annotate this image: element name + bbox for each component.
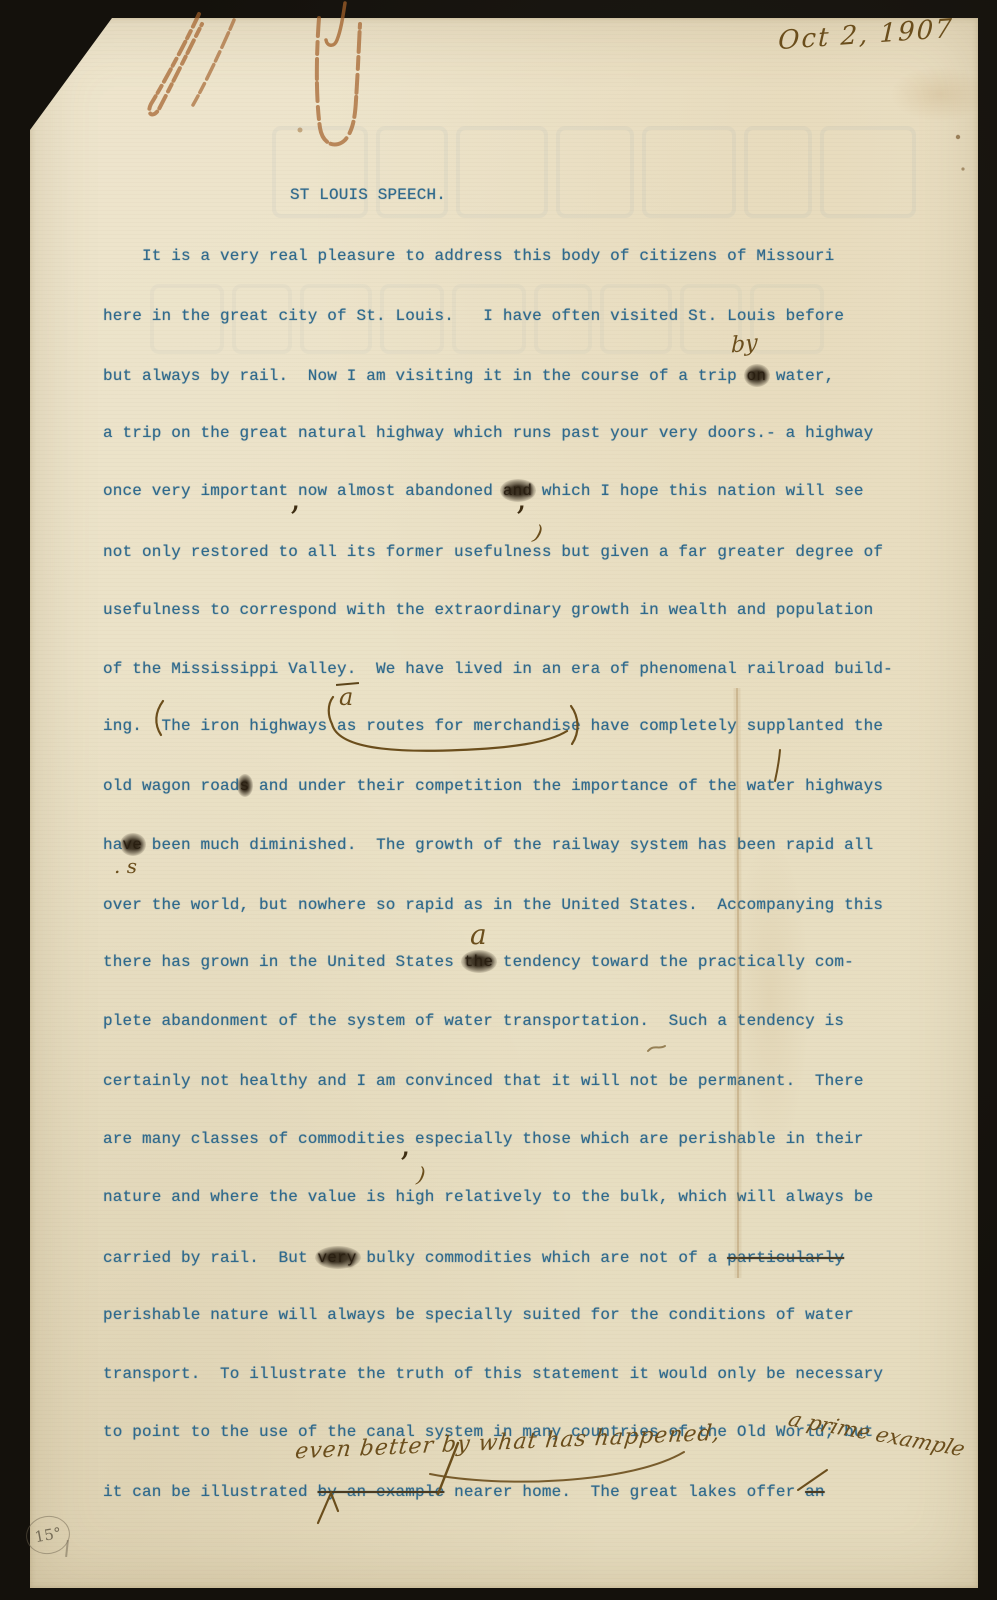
typed-text: nature and where the value is high relat… bbox=[103, 1188, 873, 1206]
handwritten-insert-a: a bbox=[470, 918, 487, 951]
handwritten-s-under-has: . s bbox=[114, 854, 137, 878]
typed-text-struck: by an example bbox=[318, 1483, 445, 1501]
show-through-ghost-letter bbox=[456, 126, 548, 218]
show-through-ghost-letter bbox=[820, 126, 916, 218]
typed-text: and under their competition the importan… bbox=[249, 777, 883, 795]
show-through-ghost-letter bbox=[744, 126, 812, 218]
typed-line: but always by rail. Now I am visiting it… bbox=[103, 367, 834, 385]
stain bbox=[730, 838, 810, 1158]
typed-text-blot: the bbox=[464, 953, 493, 971]
typed-text: but always by rail. Now I am visiting it… bbox=[103, 367, 747, 385]
handwritten-comma-important: , bbox=[290, 478, 301, 518]
typed-text-blot: s bbox=[240, 777, 250, 795]
typed-text: of the Mississippi Valley. We have lived… bbox=[103, 660, 893, 678]
typed-text: it can be illustrated bbox=[103, 1483, 318, 1501]
typed-text: carried by rail. But bbox=[103, 1249, 318, 1267]
typed-line: certainly not healthy and I am convinced… bbox=[103, 1072, 864, 1090]
typed-line: there has grown in the United States the… bbox=[103, 953, 854, 971]
typed-text: here in the great city of St. Louis. I h… bbox=[103, 307, 844, 325]
typed-line: perishable nature will always be special… bbox=[103, 1306, 854, 1324]
show-through-ghost-letter bbox=[376, 126, 448, 218]
typed-text: there has grown in the United States bbox=[103, 953, 464, 971]
typed-text: plete abandonment of the system of water… bbox=[103, 1012, 844, 1030]
typed-line: once very important now almost abandoned… bbox=[103, 482, 864, 500]
typed-text: tendency toward the practically com- bbox=[493, 953, 854, 971]
typed-text: not only restored to all its former usef… bbox=[103, 543, 883, 561]
typed-line: here in the great city of St. Louis. I h… bbox=[103, 307, 844, 325]
typed-text: old wagon road bbox=[103, 777, 240, 795]
typed-text-blot: very bbox=[318, 1249, 357, 1267]
typed-text: perishable nature will always be special… bbox=[103, 1306, 854, 1324]
typed-text: are many classes of commodities especial… bbox=[103, 1130, 864, 1148]
typed-text: a trip on the great natural highway whic… bbox=[103, 424, 873, 442]
typed-line: have been much diminished. The growth of… bbox=[103, 836, 873, 854]
typed-text: once very important now almost abandoned bbox=[103, 482, 503, 500]
typed-line: old wagon roads and under their competit… bbox=[103, 777, 883, 795]
typed-text: ing. The iron highways as routes for mer… bbox=[103, 717, 883, 735]
typed-line: a trip on the great natural highway whic… bbox=[103, 424, 873, 442]
typed-text: certainly not healthy and I am convinced… bbox=[103, 1072, 864, 1090]
typed-line: carried by rail. But very bulky commodit… bbox=[103, 1249, 844, 1267]
handwritten-comma-and: , bbox=[516, 478, 527, 518]
typed-line: nature and where the value is high relat… bbox=[103, 1188, 873, 1206]
typed-text: usefulness to correspond with the extrao… bbox=[103, 601, 873, 619]
typed-line: usefulness to correspond with the extrao… bbox=[103, 601, 873, 619]
typed-text-struck: particularly bbox=[727, 1249, 844, 1267]
typed-text: nearer home. The great lakes offer bbox=[444, 1483, 805, 1501]
document-title: ST LOUIS SPEECH. bbox=[290, 186, 446, 204]
typed-line: of the Mississippi Valley. We have lived… bbox=[103, 660, 893, 678]
typed-text: transport. To illustrate the truth of th… bbox=[103, 1365, 883, 1383]
typed-text-blot: on bbox=[747, 367, 767, 385]
typed-line: It is a very real pleasure to address th… bbox=[103, 247, 834, 265]
typed-text: over the world, but nowhere so rapid as … bbox=[103, 896, 883, 914]
handwritten-transpose-mark: a bbox=[339, 683, 353, 711]
typed-text: bulky commodities which are not of a bbox=[357, 1249, 728, 1267]
show-through-ghost-letter bbox=[556, 126, 634, 218]
typed-line: over the world, but nowhere so rapid as … bbox=[103, 896, 883, 914]
stain bbox=[890, 66, 990, 122]
typed-line: not only restored to all its former usef… bbox=[103, 543, 883, 561]
typed-text-struck: an bbox=[805, 1483, 825, 1501]
typed-text: which I hope this nation will see bbox=[532, 482, 864, 500]
typed-line: transport. To illustrate the truth of th… bbox=[103, 1365, 883, 1383]
typed-text: been much diminished. The growth of the … bbox=[142, 836, 873, 854]
show-through-ghost-letter bbox=[272, 126, 368, 218]
handwritten-insert-by: by bbox=[731, 330, 758, 358]
typed-line: it can be illustrated by an example near… bbox=[103, 1483, 825, 1501]
typed-text: It is a very real pleasure to address th… bbox=[103, 247, 834, 265]
typed-text-blot: ve bbox=[123, 836, 143, 854]
scanned-document-page: ST LOUIS SPEECH. It is a very real pleas… bbox=[0, 0, 997, 1600]
typed-text: water, bbox=[766, 367, 834, 385]
typed-line: are many classes of commodities especial… bbox=[103, 1130, 864, 1148]
handwritten-comma-commodities: , bbox=[400, 1124, 411, 1164]
typed-line: plete abandonment of the system of water… bbox=[103, 1012, 844, 1030]
show-through-ghost-letter bbox=[642, 126, 736, 218]
typed-line: ing. The iron highways as routes for mer… bbox=[103, 717, 883, 735]
